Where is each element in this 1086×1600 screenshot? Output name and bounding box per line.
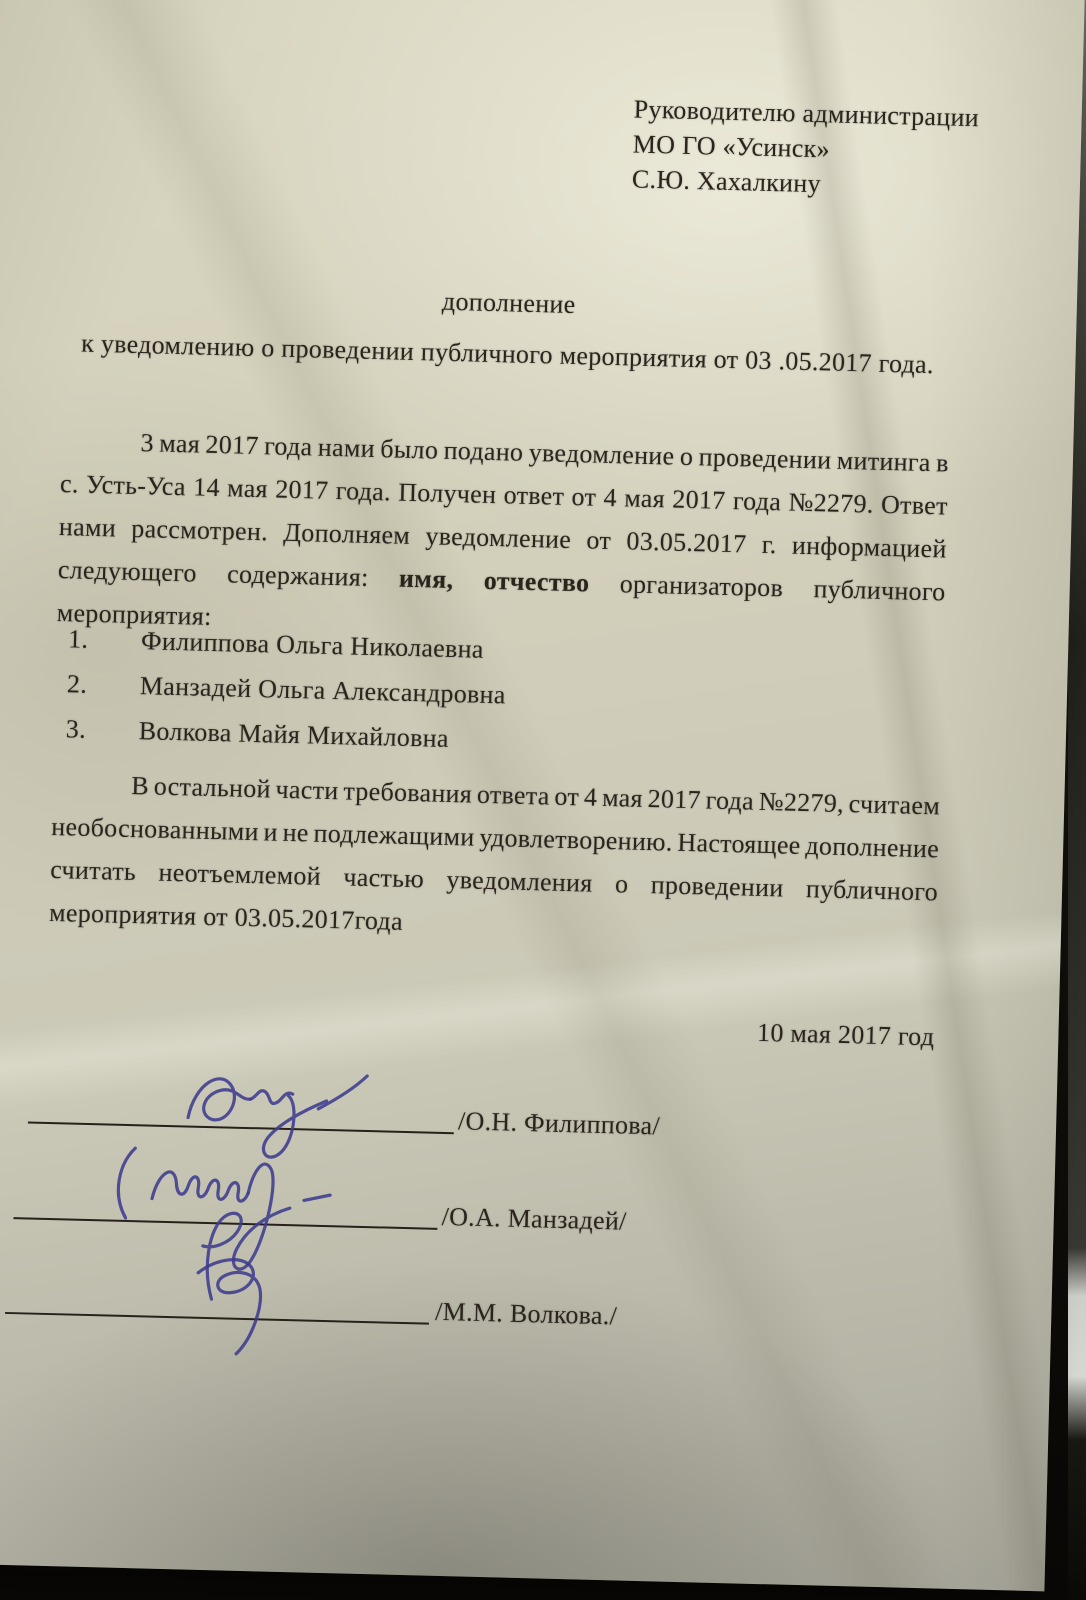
signature-row-volkova: /М.М. Волкова./ (8, 1256, 970, 1390)
recipient-block: Руководителю администрации МО ГО «Усинск… (632, 91, 980, 205)
signature-name-volkova: /М.М. Волкова./ (435, 1297, 618, 1332)
document-date: 10 мая 2017 год (46, 1000, 936, 1053)
list-item-number: 2. (66, 669, 140, 716)
document-page: Руководителю администрации МО ГО «Усинск… (0, 0, 1085, 1591)
organizers-list: 1. Филиппова Ольга Николаевна 2. Манзаде… (53, 624, 944, 781)
photo-frame: Руководителю администрации МО ГО «Усинск… (0, 0, 1086, 1600)
signature-ink-volkova (156, 1200, 305, 1374)
document-content: Руководителю администрации МО ГО «Усинск… (0, 0, 1085, 1591)
list-item-number: 3. (65, 714, 139, 761)
recipient-line-3: С.Ю. Хахалкину (632, 161, 978, 205)
document-subtitle: к уведомлению о проведении публичного ме… (63, 328, 951, 380)
paragraph-1: 3мая2017годанамибылоподаноуведомлениеопр… (56, 419, 949, 656)
signature-name-manzadey: /О.А. Манзадей/ (441, 1202, 627, 1237)
organizer-name: Волкова Майя Михайловна (138, 716, 449, 769)
signature-name-filippova: /О.Н. Филиппова/ (458, 1106, 661, 1141)
paragraph-2: Востальнойчаститребованияответаот4мая201… (49, 762, 941, 956)
list-item-number: 1. (67, 624, 141, 671)
document-title: дополнение (65, 277, 953, 329)
